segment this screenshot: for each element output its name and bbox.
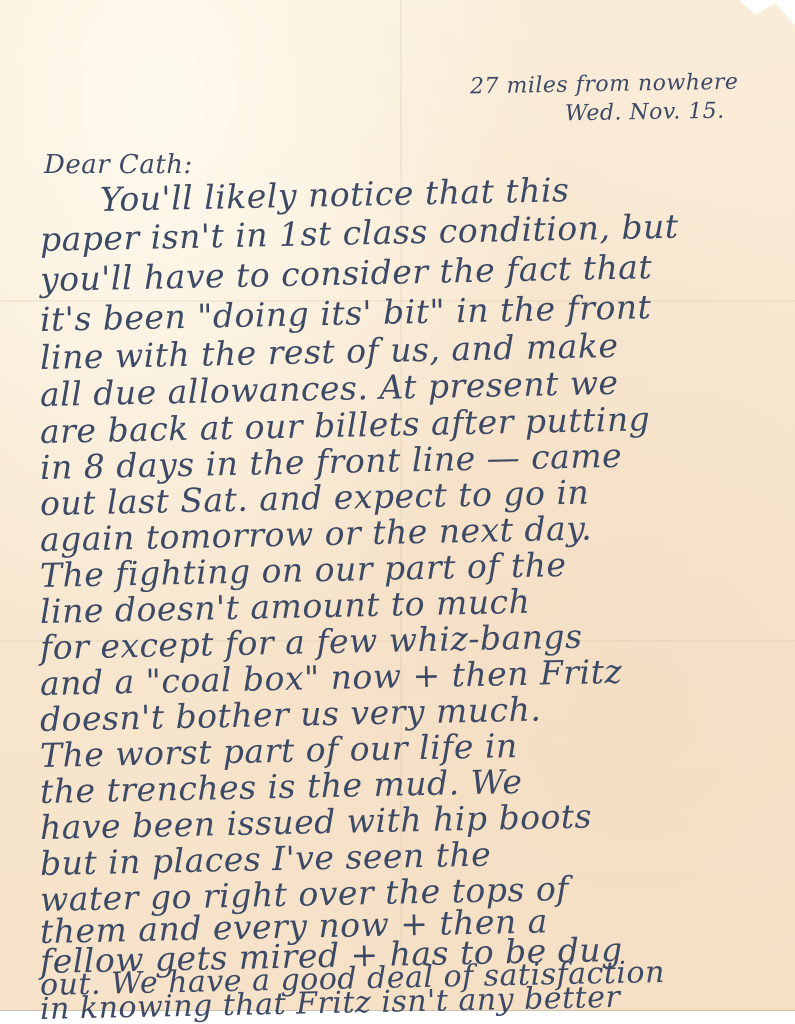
letter-salutation: Dear Cath:: [44, 150, 193, 180]
letter-location: 27 miles from nowhere: [470, 70, 739, 100]
letter-date: Wed. Nov. 15.: [565, 99, 725, 127]
